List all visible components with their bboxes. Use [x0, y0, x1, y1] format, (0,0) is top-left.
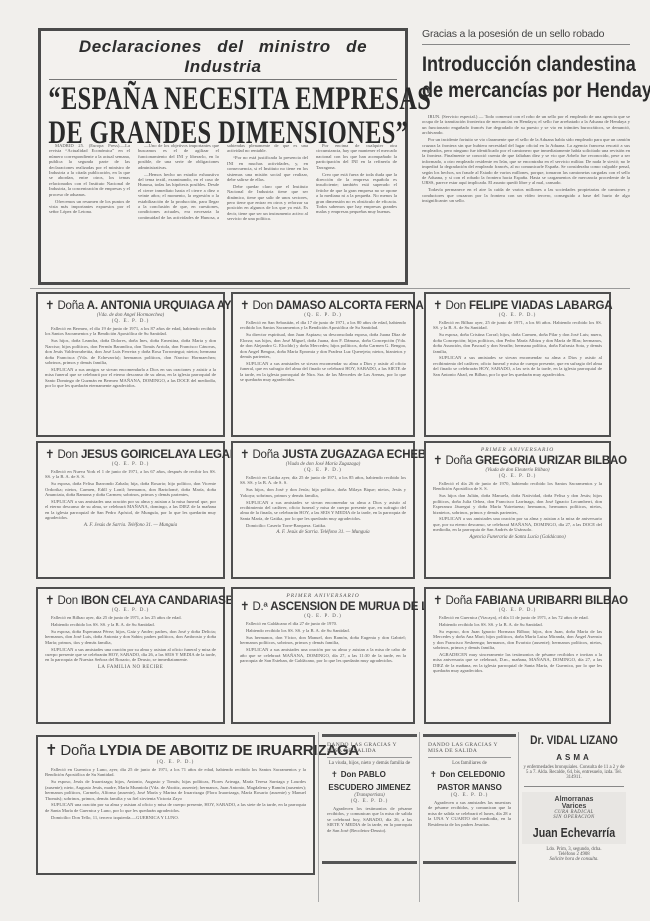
doctor-ad-name: Dr. VIDAL LIZANO	[530, 733, 618, 747]
notice-escudero: DANDO LAS GRACIAS Y MISA DE SALIDA La vi…	[322, 734, 417, 864]
obituary-qepd: (Q. E. P. D.)	[45, 760, 306, 765]
doctor-ad-text: y enfermedades bronquiales. Consulta de …	[522, 765, 626, 781]
obituary-viadas: ✝Don FELIPE VIADAS LABARGA (Q. E. P. D.)…	[424, 292, 611, 437]
obituary-urquiaga: ✝Doña A. ANTONIA URQUIAGA AYO (Vda. de d…	[36, 292, 225, 437]
paragraph: Todavía permanece en el aire la caída de…	[422, 187, 630, 203]
obituary-body: Falleció en Bilbao ayer, día 25 de junio…	[45, 615, 216, 663]
notice-title: DANDO LAS GRACIAS Y MISA DE SALIDA	[327, 742, 412, 758]
obituary-goiricelaya: ✝Don JESUS GOIRICELAYA LEGARRETA (Q. E. …	[36, 441, 225, 579]
paragraph: “Por no está justificada la presencia de…	[227, 155, 308, 182]
right-article: Gracias a la posesión de un sello robado…	[422, 28, 630, 205]
obituary-qepd: (Q. E. P. D.)	[240, 313, 406, 318]
cross-icon: ✝	[45, 300, 54, 312]
doctor-ad-specialty: ASMA	[522, 753, 626, 762]
right-article-headline: Introducción clandestina de mercancías p…	[422, 52, 601, 104]
cross-icon: ✝	[45, 595, 54, 607]
obituary-body: Falleció en Galdácano el día 27 de junio…	[240, 621, 406, 663]
obituary-body: Falleció en Bermeo, el día 19 de junio d…	[45, 326, 216, 388]
ads-column: Dr. VIDAL LIZANO ASMA y enfermedades bro…	[522, 733, 626, 862]
obituary-zugazaga: ✝Doña JUSTA ZUGAZAGA ECHEBARRIA (Viuda d…	[231, 441, 415, 579]
ad-divider	[524, 786, 624, 787]
obituary-body: Falleció en San Sebastián, el día 17 de …	[240, 320, 406, 382]
paragraph: Debe quedar claro que el Instituto Nacio…	[227, 184, 308, 222]
cross-icon: ✝	[45, 742, 57, 759]
notice-name: ✝Don PABLO	[327, 770, 412, 779]
column-divider	[419, 732, 420, 902]
clinic-ad-name: Juan Echevarría	[531, 825, 616, 840]
notice-qepd: (Q. E. P. D.)	[428, 793, 511, 798]
paragraph: Ofrecemos un resumen de los puntos de vi…	[49, 199, 130, 215]
notice-body: Agradecen los testimonios de pésame reci…	[327, 806, 412, 833]
obituary-subtitle: (Viuda de don Eleuterio Bilbao)	[433, 468, 602, 473]
obituary-name: ✝Don FELIPE VIADAS LABARGA	[433, 298, 602, 312]
obituary-qepd: (Q. E. P. D.)	[240, 614, 406, 619]
obituary-name: ✝Doña A. ANTONIA URQUIAGA AYO	[45, 298, 216, 312]
clinic-ad-line-2: Varices	[522, 803, 626, 810]
right-headline-line-1: Introducción clandestina	[422, 52, 601, 78]
obituary-aboitiz: ✝Doña LYDIA DE ABOITIZ DE IRUARRIZAGA (Q…	[36, 735, 315, 875]
obituary-body: Falleció en Gatika ayer, día 25 de junio…	[240, 475, 406, 528]
main-article-kicker: Declaraciones del ministro de Industria	[49, 37, 397, 80]
notice-title: DANDO LAS GRACIAS Y MISA DE SALIDA	[428, 742, 511, 758]
right-article-body: IRUN. (Servicio especial.) — Todo comenz…	[422, 114, 630, 205]
obituary-name: ✝Don JESUS GOIRICELAYA LEGARRETA	[45, 447, 216, 461]
obituary-footer: A. F. Jesús de Sarria. Teléfono 31. — Mu…	[45, 523, 216, 528]
obituary-qepd: (Q. E. P. D.)	[433, 608, 602, 613]
column-divider	[318, 732, 319, 902]
notice-name-line-2: ESCUDERO JIMENEZ	[327, 783, 412, 792]
paragraph: Por un incidente fortuito se vio clarame…	[422, 137, 630, 186]
notice-name: ✝Don CELEDONIO	[428, 770, 511, 779]
cross-icon: ✝	[433, 595, 442, 607]
paragraph: IRUN. (Servicio especial.) — Todo comenz…	[422, 114, 630, 136]
obituary-urizar: PRIMER ANIVERSARIO ✝Doña GREGORIA URIZAR…	[424, 441, 611, 579]
main-headline-line-1: “ESPAÑA NECESITA EMPRESAS	[48, 82, 397, 116]
obituary-body: Falleció en Guernica y Luno, ayer, día 2…	[45, 767, 306, 820]
obituary-footer: A. F. Jesús de Sarria. Teléfono 31. — Mu…	[240, 530, 406, 535]
cross-icon: ✝	[45, 449, 54, 461]
obituary-body: Falleció el día 26 de junio de 1970, hab…	[433, 481, 602, 533]
notice-pastor: DANDO LAS GRACIAS Y MISA DE SALIDA Los f…	[423, 734, 516, 864]
obituary-body: Falleció en Nueva York el 1 de junio de …	[45, 469, 216, 521]
notice-intro: Los familiares de	[428, 761, 511, 766]
column-divider	[518, 732, 519, 902]
obituary-qepd: (Q. E. P. D.)	[433, 313, 602, 318]
section-divider	[30, 288, 630, 289]
right-headline-line-2: de mercancías por Hendaya	[422, 78, 601, 104]
cross-icon: ✝	[433, 455, 442, 467]
right-article-kicker: Gracias a la posesión de un sello robado	[422, 28, 630, 45]
obituary-qepd: (Q. E. P. D.)	[45, 608, 216, 613]
main-article-headline: “ESPAÑA NECESITA EMPRESAS DE GRANDES DIM…	[93, 82, 353, 150]
paragraph: MADRID 25. (Europa Press).—La revista “A…	[49, 143, 130, 197]
obituary-body: Falleció en Bilbao ayer, 25 de junio de …	[433, 320, 602, 377]
notice-subtitle: (Transportista)	[327, 793, 412, 798]
notice-body: Agradecen a sus amistades las muestras d…	[428, 800, 511, 827]
obituary-footer: LA FAMILIA NO RECIBE	[45, 665, 216, 670]
obituary-name: ✝Doña LYDIA DE ABOITIZ DE IRUARRIZAGA	[45, 741, 306, 759]
paragraph: Creo que está fuera de toda duda que la …	[316, 172, 397, 215]
newspaper-page: Declaraciones del ministro de Industria …	[0, 0, 650, 921]
paragraph: Por encima de cualquier otra circunstanc…	[316, 143, 397, 170]
obituary-qepd: (Q. E. P. D.)	[45, 462, 216, 467]
cross-icon: ✝	[240, 601, 249, 613]
obituary-subtitle: (Viuda de don José María Zugazaga)	[240, 462, 406, 467]
obituary-uribarri: ✝Doña FABIANA URIBARRI BILBAO (Q. E. P. …	[424, 587, 611, 724]
obituary-qepd: (Q. E. P. D.)	[433, 474, 602, 479]
obituary-footer: Agencia Funeraria de Santa Lucía (Galdác…	[433, 535, 602, 540]
clinic-ad-note: Solicite hora de consulta.	[522, 857, 626, 862]
obituary-name: ✝Doña JUSTA ZUGAZAGA ECHEBARRIA	[240, 447, 406, 461]
notice-qepd: (Q. E. P. D.)	[327, 799, 412, 804]
obituary-name: ✝Doña GREGORIA URIZAR BILBAO	[433, 453, 602, 467]
paragraph: —Uno de los objetivos importantes que bu…	[138, 143, 219, 170]
main-article: Declaraciones del ministro de Industria …	[38, 28, 408, 285]
obituary-name: ✝Don DAMASO ALCORTA FERNANDEZ	[240, 298, 406, 312]
obituary-alcorta: ✝Don DAMASO ALCORTA FERNANDEZ (Q. E. P. …	[231, 292, 415, 437]
obituary-name: ✝Doña FABIANA URIBARRI BILBAO	[433, 593, 602, 607]
cross-icon: ✝	[433, 300, 442, 312]
obituary-name: ✝D.ª ASCENSION DE MURUA DE LA TORRE	[240, 599, 406, 613]
cross-icon: ✝	[331, 770, 338, 779]
clinic-ad-cure-2: SIN OPERACION	[522, 815, 626, 820]
clinic-ad-line-1: Almorranas	[522, 796, 626, 803]
obituary-qepd: (Q. E. P. D.)	[240, 468, 406, 473]
obituary-body: Falleció en Guernica (Vizcaya), el día 1…	[433, 615, 602, 674]
obituary-subtitle: (Vda. de don Angel Hormaechea)	[45, 313, 216, 318]
cross-icon: ✝	[430, 770, 437, 779]
cross-icon: ✝	[240, 300, 249, 312]
notice-intro: La viuda, hijos, nieto y demás familia d…	[327, 761, 412, 766]
notice-name-line-2: PASTOR MANSO	[428, 783, 511, 792]
cross-icon: ✝	[240, 449, 249, 461]
obituary-qepd: (Q. E. P. D.)	[45, 319, 216, 324]
obituary-name: ✝Don IBON CELAYA CANDARIASBEITIA	[45, 593, 216, 607]
clinic-ad: Almorranas Varices CURA RADICAL SIN OPER…	[522, 792, 626, 844]
obituary-celaya: ✝Don IBON CELAYA CANDARIASBEITIA (Q. E. …	[36, 587, 225, 724]
obituary-murua: PRIMER ANIVERSARIO ✝D.ª ASCENSION DE MUR…	[231, 587, 415, 724]
main-article-body: MADRID 25. (Europa Press).—La revista “A…	[49, 143, 397, 278]
